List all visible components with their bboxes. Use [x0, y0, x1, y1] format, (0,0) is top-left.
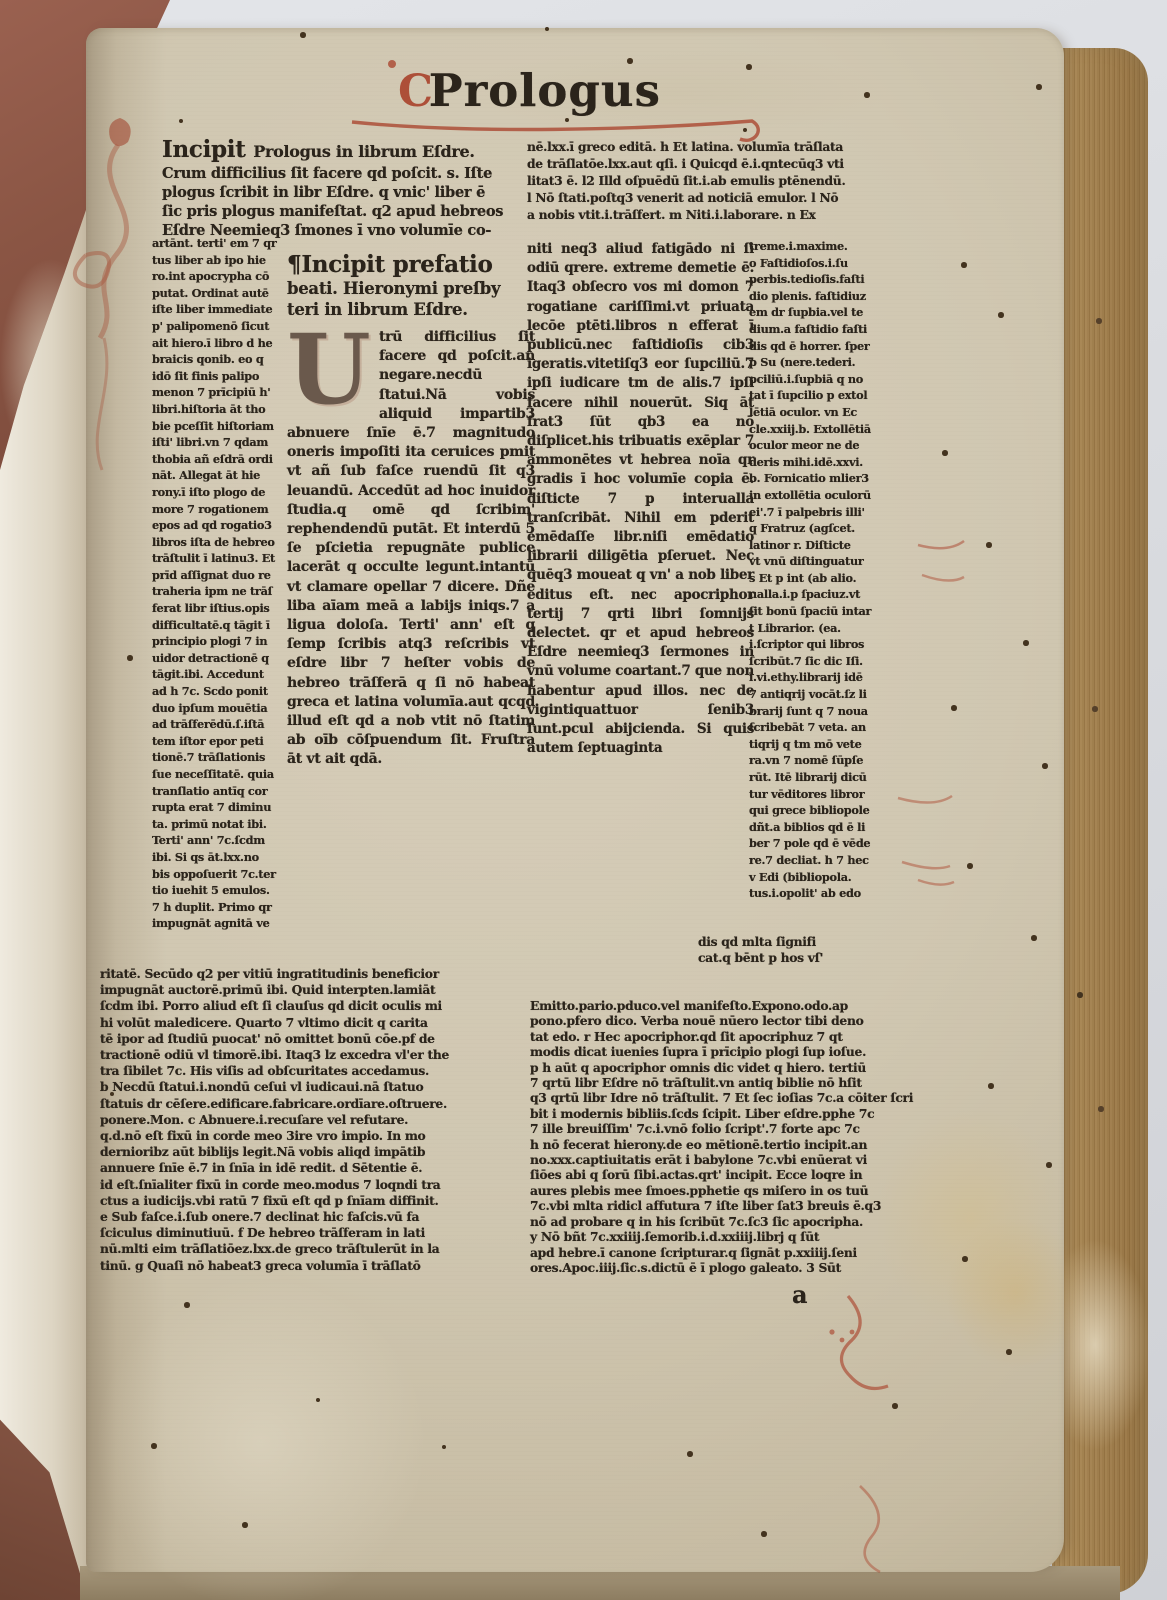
worn-patch	[96, 1278, 426, 1600]
rubric-paragraph-mark: C	[398, 66, 433, 117]
incipit-line: Incipit Prologus in librum Eſdre.	[162, 136, 542, 163]
quire-signature-a: a	[792, 1280, 807, 1309]
prefatio-heading-line1: ¶Incipit prefatio	[287, 252, 547, 278]
photo-scene: CPrologus Incipit Prologus in librum Eſd…	[0, 0, 1167, 1600]
prefatio-heading: ¶Incipit prefatio beati. Hieronymi preſb…	[287, 252, 547, 320]
prefatio-heading-line2: beati. Hieronymi preſby	[287, 278, 547, 299]
bottom-right-carryover-lines: dis qd mlta ſignifi cat.q bēnt p hos vſ'	[698, 934, 940, 966]
prefatio-text-column: Utrū difficilius ſit facere qd poſcit.an…	[287, 328, 535, 770]
decorated-initial-u: U	[287, 328, 379, 420]
stain	[946, 1218, 1086, 1368]
right-gloss-column: treme.i.maxime. o Faſtidioſos.i.ſu perbi…	[749, 238, 945, 902]
title-prologus: Prologus	[429, 64, 661, 117]
bottom-left-gloss-block: ritatē. Secūdo q2 per vitiū ingratitudin…	[100, 966, 536, 1274]
incipit-prologus-block: Incipit Prologus in librum Eſdre. Crum d…	[162, 136, 542, 240]
incipit-rest: Prologus in librum Eſdre.	[253, 142, 474, 161]
book-page: CPrologus Incipit Prologus in librum Eſd…	[86, 28, 1064, 1572]
worm-holes	[0, 0, 2, 2]
center-text-column: niti neq3 aliud fatigādo ni ſi odiū qrer…	[527, 240, 754, 758]
incipit-word: Incipit	[162, 136, 253, 163]
incipit-body: Crum difficilius ſit facere qd poſcit. s…	[162, 164, 542, 240]
top-gloss-continuation: nē.lxx.ī greco editā. h Et latina. volum…	[527, 138, 939, 223]
page-title: CPrologus	[398, 64, 661, 117]
bottom-right-gloss-block: Emitto.pario.pduco.vel manifeſto.Expono.…	[530, 998, 966, 1275]
